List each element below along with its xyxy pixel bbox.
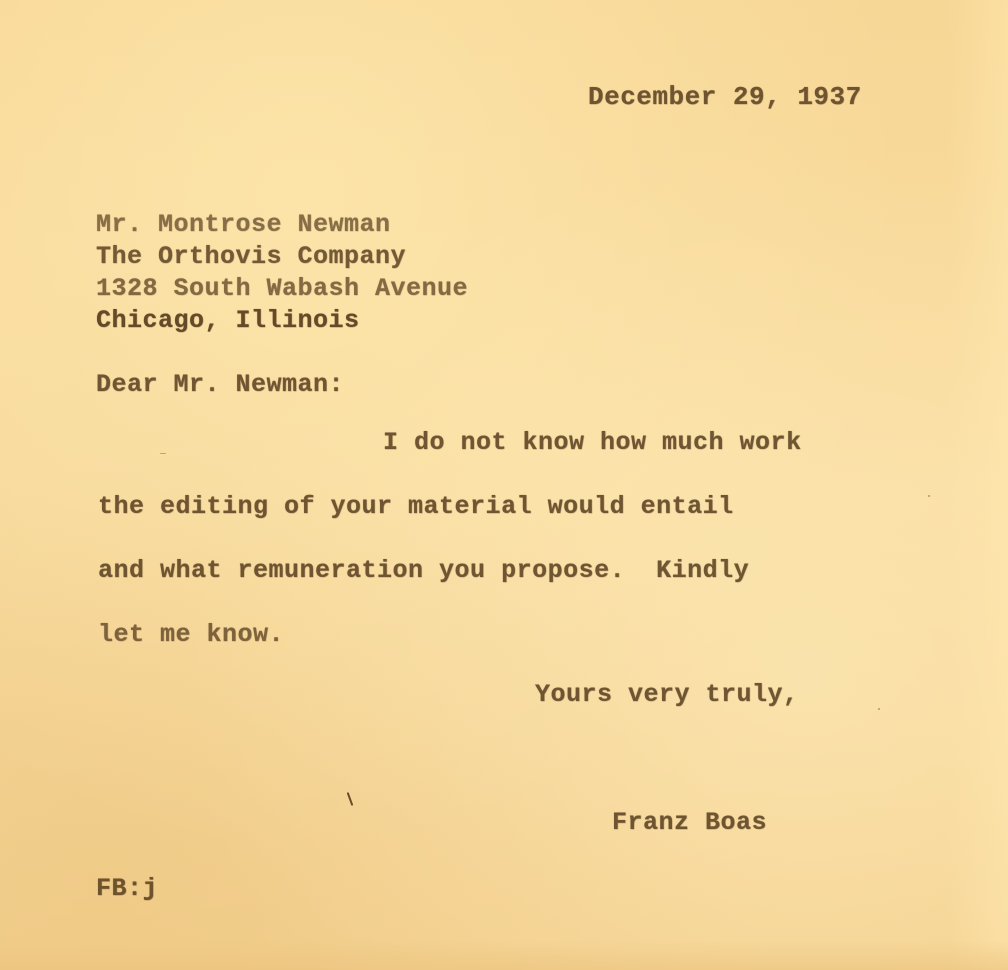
recipient-street: 1328 South Wabash Avenue	[96, 274, 468, 303]
reference-initials: FB:j	[96, 874, 158, 903]
body-line: I do not know how much work	[383, 428, 802, 457]
letter-page: December 29, 1937 Mr. Montrose Newman Th…	[0, 0, 1008, 970]
salutation: Dear Mr. Newman:	[96, 370, 344, 399]
closing: Yours very truly,	[535, 680, 799, 709]
body-line: the editing of your material would entai…	[98, 492, 734, 521]
paper-edge-shadow	[0, 940, 1008, 970]
paper-mark	[160, 453, 166, 454]
paper-mark	[928, 495, 930, 497]
letter-date: December 29, 1937	[588, 82, 862, 112]
signature: Franz Boas	[612, 808, 767, 837]
recipient-city: Chicago, Illinois	[96, 306, 360, 335]
recipient-name: Mr. Montrose Newman	[96, 210, 391, 239]
body-line: let me know.	[98, 620, 284, 649]
paper-mark	[878, 708, 880, 710]
recipient-company: The Orthovis Company	[96, 242, 406, 271]
body-line: and what remuneration you propose. Kindl…	[98, 556, 749, 585]
paper-edge-highlight	[948, 0, 1008, 970]
paper-mark	[347, 792, 354, 806]
